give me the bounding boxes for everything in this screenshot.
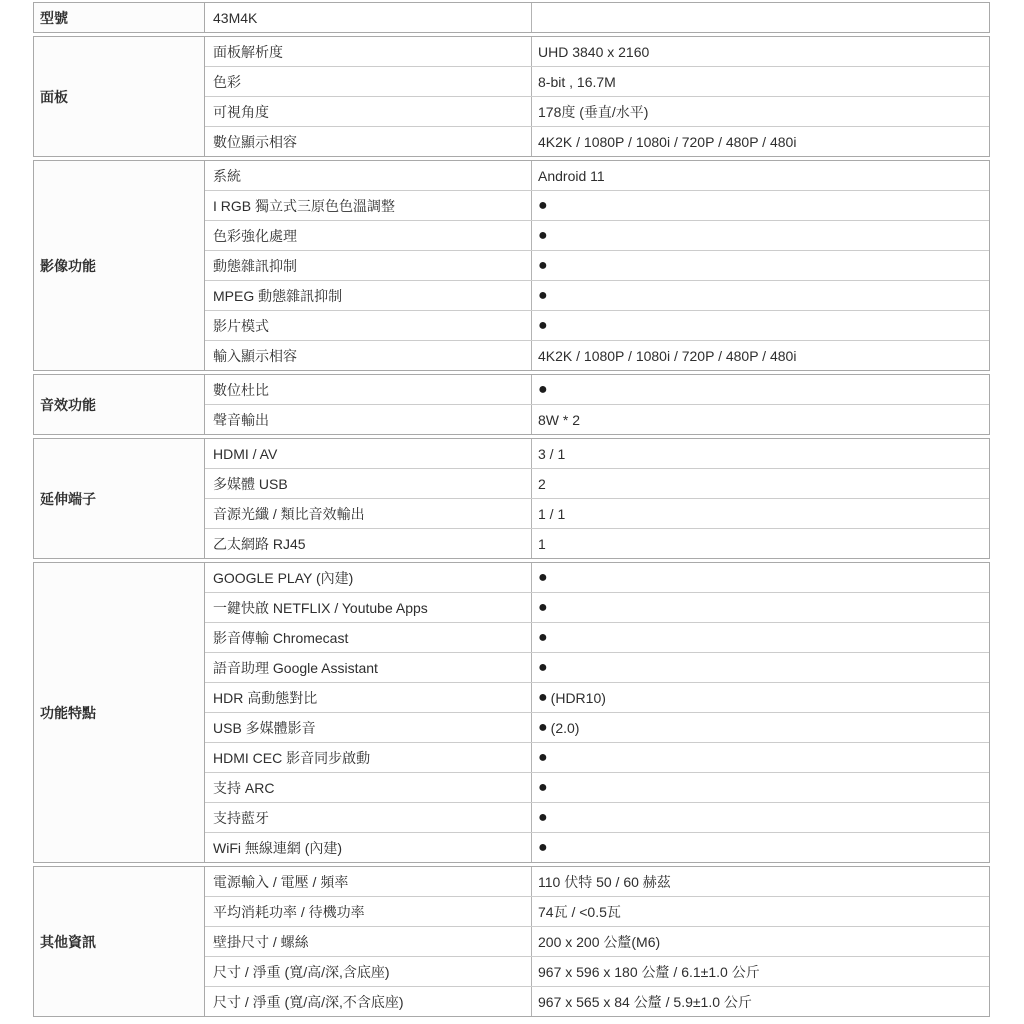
spec-name-label: 動態雜訊抑制	[213, 256, 297, 276]
spec-name-cell: 面板解析度	[205, 37, 532, 66]
spec-name-label: 尺寸 / 淨重 (寬/高/深,含底座)	[213, 962, 390, 982]
category-cell-panel: 面板	[34, 37, 205, 156]
spec-name-label: 壁掛尺寸 / 螺絲	[213, 932, 309, 952]
spec-row: 數位杜比●	[205, 375, 989, 405]
spec-value-text: 4K2K / 1080P / 1080i / 720P / 480P / 480…	[538, 348, 796, 364]
spec-row: 可視角度178度 (垂直/水平)	[205, 97, 989, 127]
spec-row: WiFi 無線連網 (內建)●	[205, 833, 989, 862]
spec-name-cell: 43M4K	[205, 3, 532, 32]
spec-value-cell: 8W * 2	[532, 405, 989, 434]
spec-value-cell: 8-bit , 16.7M	[532, 67, 989, 96]
spec-name-label: 輸入顯示相容	[213, 346, 297, 366]
spec-value-text: UHD 3840 x 2160	[538, 44, 649, 60]
spec-row: 一鍵快啟 NETFLIX / Youtube Apps●	[205, 593, 989, 623]
category-cell-video-features: 影像功能	[34, 161, 205, 370]
spec-row: 系統Android 11	[205, 161, 989, 191]
spec-row: I RGB 獨立式三原色色溫調整●	[205, 191, 989, 221]
feature-supported-dot-icon: ●	[538, 630, 548, 646]
spec-name-label: USB 多媒體影音	[213, 718, 316, 738]
spec-value-text: 8W * 2	[538, 412, 580, 428]
spec-value-text: 967 x 596 x 180 公釐 / 6.1±1.0 公斤	[538, 962, 760, 982]
spec-name-cell: 支持 ARC	[205, 773, 532, 802]
spec-name-cell: 平均消耗功率 / 待機功率	[205, 897, 532, 926]
spec-row: HDMI / AV3 / 1	[205, 439, 989, 469]
spec-value-cell: 110 伏特 50 / 60 赫茲	[532, 867, 989, 896]
section-model: 型號43M4K	[33, 2, 990, 33]
spec-name-label: WiFi 無線連網 (內建)	[213, 838, 342, 858]
section-rows: GOOGLE PLAY (內建)●一鍵快啟 NETFLIX / Youtube …	[205, 563, 989, 862]
spec-name-label: 面板解析度	[213, 42, 283, 62]
section-panel: 面板面板解析度UHD 3840 x 2160色彩8-bit , 16.7M可視角…	[33, 36, 990, 157]
spec-value-cell: ●	[532, 833, 989, 862]
spec-value-cell: 1	[532, 529, 989, 558]
spec-name-label: 可視角度	[213, 102, 269, 122]
feature-supported-dot-icon: ●	[538, 318, 548, 334]
spec-value-cell: 967 x 565 x 84 公釐 / 5.9±1.0 公斤	[532, 987, 989, 1016]
spec-name-cell: USB 多媒體影音	[205, 713, 532, 742]
spec-row: 面板解析度UHD 3840 x 2160	[205, 37, 989, 67]
spec-name-cell: 數位杜比	[205, 375, 532, 404]
spec-name-cell: 色彩	[205, 67, 532, 96]
spec-name-label: 支持藍牙	[213, 808, 269, 828]
spec-value-text: 74瓦 / <0.5瓦	[538, 902, 621, 922]
spec-value-text: 1 / 1	[538, 506, 565, 522]
spec-row: 多媒體 USB2	[205, 469, 989, 499]
feature-supported-dot-icon: ●	[538, 690, 548, 706]
category-label: 音效功能	[40, 395, 96, 415]
spec-row: 尺寸 / 淨重 (寬/高/深,不含底座)967 x 565 x 84 公釐 / …	[205, 987, 989, 1016]
spec-name-cell: WiFi 無線連網 (內建)	[205, 833, 532, 862]
section-rows: 面板解析度UHD 3840 x 2160色彩8-bit , 16.7M可視角度1…	[205, 37, 989, 156]
feature-supported-dot-icon: ●	[538, 382, 548, 398]
spec-row: 色彩強化處理●	[205, 221, 989, 251]
spec-value-cell: 967 x 596 x 180 公釐 / 6.1±1.0 公斤	[532, 957, 989, 986]
spec-name-cell: GOOGLE PLAY (內建)	[205, 563, 532, 592]
spec-value-cell: ●	[532, 773, 989, 802]
spec-value-text: (2.0)	[551, 720, 580, 736]
spec-name-cell: 色彩強化處理	[205, 221, 532, 250]
spec-value-cell: 4K2K / 1080P / 1080i / 720P / 480P / 480…	[532, 127, 989, 156]
spec-value-cell: ●	[532, 375, 989, 404]
spec-name-cell: 尺寸 / 淨重 (寬/高/深,不含底座)	[205, 987, 532, 1016]
spec-name-cell: HDR 高動態對比	[205, 683, 532, 712]
section-video-features: 影像功能系統Android 11I RGB 獨立式三原色色溫調整●色彩強化處理●…	[33, 160, 990, 371]
spec-name-cell: 語音助理 Google Assistant	[205, 653, 532, 682]
spec-row: 支持 ARC●	[205, 773, 989, 803]
spec-name-cell: 支持藍牙	[205, 803, 532, 832]
spec-name-cell: 數位顯示相容	[205, 127, 532, 156]
spec-name-label: I RGB 獨立式三原色色溫調整	[213, 196, 395, 216]
spec-row: 乙太網路 RJ451	[205, 529, 989, 558]
spec-name-label: 支持 ARC	[213, 778, 274, 798]
spec-name-cell: 聲音輸出	[205, 405, 532, 434]
spec-name-label: 系統	[213, 166, 241, 186]
spec-row: 動態雜訊抑制●	[205, 251, 989, 281]
spec-name-label: 語音助理 Google Assistant	[213, 658, 378, 678]
spec-row: USB 多媒體影音●(2.0)	[205, 713, 989, 743]
spec-value-cell: ●	[532, 803, 989, 832]
category-label: 功能特點	[40, 703, 96, 723]
section-other-info: 其他資訊電源輸入 / 電壓 / 頻率110 伏特 50 / 60 赫茲平均消耗功…	[33, 866, 990, 1017]
spec-value-cell: ●	[532, 311, 989, 340]
spec-name-cell: MPEG 動態雜訊抑制	[205, 281, 532, 310]
spec-value-cell: ●	[532, 743, 989, 772]
spec-value-text: 967 x 565 x 84 公釐 / 5.9±1.0 公斤	[538, 992, 752, 1012]
spec-name-label: 電源輸入 / 電壓 / 頻率	[213, 872, 348, 892]
spec-table: 型號43M4K面板面板解析度UHD 3840 x 2160色彩8-bit , 1…	[33, 2, 990, 1020]
category-cell-audio-features: 音效功能	[34, 375, 205, 434]
spec-name-label: 乙太網路 RJ45	[213, 534, 306, 554]
spec-row: GOOGLE PLAY (內建)●	[205, 563, 989, 593]
spec-name-label: 影片模式	[213, 316, 269, 336]
spec-name-label: HDMI / AV	[213, 446, 277, 462]
spec-name-cell: 尺寸 / 淨重 (寬/高/深,含底座)	[205, 957, 532, 986]
spec-value-cell: ●	[532, 221, 989, 250]
category-cell-ports: 延伸端子	[34, 439, 205, 558]
category-label: 面板	[40, 87, 68, 107]
spec-name-cell: 一鍵快啟 NETFLIX / Youtube Apps	[205, 593, 532, 622]
spec-name-cell: 動態雜訊抑制	[205, 251, 532, 280]
spec-row: 數位顯示相容4K2K / 1080P / 1080i / 720P / 480P…	[205, 127, 989, 156]
spec-value-text: 200 x 200 公釐(M6)	[538, 932, 660, 952]
spec-row: MPEG 動態雜訊抑制●	[205, 281, 989, 311]
spec-name-label: 43M4K	[213, 10, 257, 26]
spec-name-label: 影音傳輸 Chromecast	[213, 628, 348, 648]
spec-name-cell: 多媒體 USB	[205, 469, 532, 498]
spec-name-label: 色彩	[213, 72, 241, 92]
spec-row: 平均消耗功率 / 待機功率74瓦 / <0.5瓦	[205, 897, 989, 927]
feature-supported-dot-icon: ●	[538, 750, 548, 766]
spec-name-label: GOOGLE PLAY (內建)	[213, 568, 353, 588]
spec-value-text: 178度 (垂直/水平)	[538, 102, 648, 122]
spec-value-cell: ●(HDR10)	[532, 683, 989, 712]
spec-name-label: 平均消耗功率 / 待機功率	[213, 902, 365, 922]
spec-row: 電源輸入 / 電壓 / 頻率110 伏特 50 / 60 赫茲	[205, 867, 989, 897]
spec-value-cell	[532, 3, 989, 32]
spec-name-label: 數位杜比	[213, 380, 269, 400]
section-rows: 數位杜比●聲音輸出8W * 2	[205, 375, 989, 434]
spec-row: 語音助理 Google Assistant●	[205, 653, 989, 683]
spec-value-cell: ●	[532, 623, 989, 652]
feature-supported-dot-icon: ●	[538, 840, 548, 856]
section-rows: 系統Android 11I RGB 獨立式三原色色溫調整●色彩強化處理●動態雜訊…	[205, 161, 989, 370]
spec-row: HDR 高動態對比●(HDR10)	[205, 683, 989, 713]
spec-value-cell: ●	[532, 653, 989, 682]
section-ports: 延伸端子HDMI / AV3 / 1多媒體 USB2音源光纖 / 類比音效輸出1…	[33, 438, 990, 559]
spec-value-text: 4K2K / 1080P / 1080i / 720P / 480P / 480…	[538, 134, 796, 150]
spec-name-label: 數位顯示相容	[213, 132, 297, 152]
spec-name-label: HDMI CEC 影音同步啟動	[213, 748, 370, 768]
spec-row: 音源光纖 / 類比音效輸出1 / 1	[205, 499, 989, 529]
spec-name-label: 一鍵快啟 NETFLIX / Youtube Apps	[213, 598, 428, 618]
spec-value-text: 8-bit , 16.7M	[538, 74, 616, 90]
spec-value-text: 3 / 1	[538, 446, 565, 462]
feature-supported-dot-icon: ●	[538, 810, 548, 826]
spec-name-label: 色彩強化處理	[213, 226, 297, 246]
category-cell-model: 型號	[34, 3, 205, 32]
feature-supported-dot-icon: ●	[538, 780, 548, 796]
feature-supported-dot-icon: ●	[538, 288, 548, 304]
spec-row: 色彩8-bit , 16.7M	[205, 67, 989, 97]
section-audio-features: 音效功能數位杜比●聲音輸出8W * 2	[33, 374, 990, 435]
spec-value-cell: 200 x 200 公釐(M6)	[532, 927, 989, 956]
spec-value-text: 2	[538, 476, 546, 492]
spec-row: 43M4K	[205, 3, 989, 32]
spec-row: 支持藍牙●	[205, 803, 989, 833]
spec-name-cell: HDMI CEC 影音同步啟動	[205, 743, 532, 772]
spec-value-cell: 178度 (垂直/水平)	[532, 97, 989, 126]
spec-value-cell: ●	[532, 281, 989, 310]
section-rows: 電源輸入 / 電壓 / 頻率110 伏特 50 / 60 赫茲平均消耗功率 / …	[205, 867, 989, 1016]
feature-supported-dot-icon: ●	[538, 600, 548, 616]
spec-value-text: 1	[538, 536, 546, 552]
spec-name-cell: 影片模式	[205, 311, 532, 340]
section-features: 功能特點GOOGLE PLAY (內建)●一鍵快啟 NETFLIX / Yout…	[33, 562, 990, 863]
spec-row: 輸入顯示相容4K2K / 1080P / 1080i / 720P / 480P…	[205, 341, 989, 370]
spec-name-cell: 電源輸入 / 電壓 / 頻率	[205, 867, 532, 896]
spec-value-cell: Android 11	[532, 161, 989, 190]
spec-name-label: HDR 高動態對比	[213, 688, 317, 708]
spec-row: HDMI CEC 影音同步啟動●	[205, 743, 989, 773]
spec-row: 尺寸 / 淨重 (寬/高/深,含底座)967 x 596 x 180 公釐 / …	[205, 957, 989, 987]
spec-value-cell: ●(2.0)	[532, 713, 989, 742]
spec-row: 影片模式●	[205, 311, 989, 341]
spec-row: 壁掛尺寸 / 螺絲200 x 200 公釐(M6)	[205, 927, 989, 957]
spec-name-cell: 音源光纖 / 類比音效輸出	[205, 499, 532, 528]
spec-value-cell: UHD 3840 x 2160	[532, 37, 989, 66]
feature-supported-dot-icon: ●	[538, 258, 548, 274]
category-label: 其他資訊	[40, 932, 96, 952]
section-rows: HDMI / AV3 / 1多媒體 USB2音源光纖 / 類比音效輸出1 / 1…	[205, 439, 989, 558]
spec-name-cell: 乙太網路 RJ45	[205, 529, 532, 558]
spec-value-cell: ●	[532, 251, 989, 280]
spec-name-cell: 可視角度	[205, 97, 532, 126]
spec-row: 聲音輸出8W * 2	[205, 405, 989, 434]
spec-name-label: 音源光纖 / 類比音效輸出	[213, 504, 365, 524]
spec-row: 影音傳輸 Chromecast●	[205, 623, 989, 653]
category-label: 延伸端子	[40, 489, 96, 509]
spec-name-label: MPEG 動態雜訊抑制	[213, 286, 342, 306]
feature-supported-dot-icon: ●	[538, 660, 548, 676]
spec-value-text: 110 伏特 50 / 60 赫茲	[538, 872, 671, 892]
category-cell-other-info: 其他資訊	[34, 867, 205, 1016]
spec-value-cell: ●	[532, 563, 989, 592]
spec-name-cell: 輸入顯示相容	[205, 341, 532, 370]
spec-value-cell: ●	[532, 191, 989, 220]
category-cell-features: 功能特點	[34, 563, 205, 862]
category-label: 型號	[40, 8, 68, 28]
spec-name-label: 聲音輸出	[213, 410, 269, 430]
spec-name-cell: HDMI / AV	[205, 439, 532, 468]
feature-supported-dot-icon: ●	[538, 228, 548, 244]
spec-value-cell: 74瓦 / <0.5瓦	[532, 897, 989, 926]
spec-value-cell: 4K2K / 1080P / 1080i / 720P / 480P / 480…	[532, 341, 989, 370]
spec-value-cell: 2	[532, 469, 989, 498]
feature-supported-dot-icon: ●	[538, 198, 548, 214]
spec-name-label: 尺寸 / 淨重 (寬/高/深,不含底座)	[213, 992, 404, 1012]
spec-name-cell: 影音傳輸 Chromecast	[205, 623, 532, 652]
spec-name-cell: 壁掛尺寸 / 螺絲	[205, 927, 532, 956]
spec-value-text: Android 11	[538, 168, 605, 184]
spec-value-text: (HDR10)	[551, 690, 606, 706]
feature-supported-dot-icon: ●	[538, 720, 548, 736]
feature-supported-dot-icon: ●	[538, 570, 548, 586]
section-rows: 43M4K	[205, 3, 989, 32]
spec-value-cell: ●	[532, 593, 989, 622]
spec-value-cell: 3 / 1	[532, 439, 989, 468]
spec-name-cell: 系統	[205, 161, 532, 190]
spec-name-cell: I RGB 獨立式三原色色溫調整	[205, 191, 532, 220]
spec-value-cell: 1 / 1	[532, 499, 989, 528]
spec-name-label: 多媒體 USB	[213, 474, 288, 494]
category-label: 影像功能	[40, 256, 96, 276]
